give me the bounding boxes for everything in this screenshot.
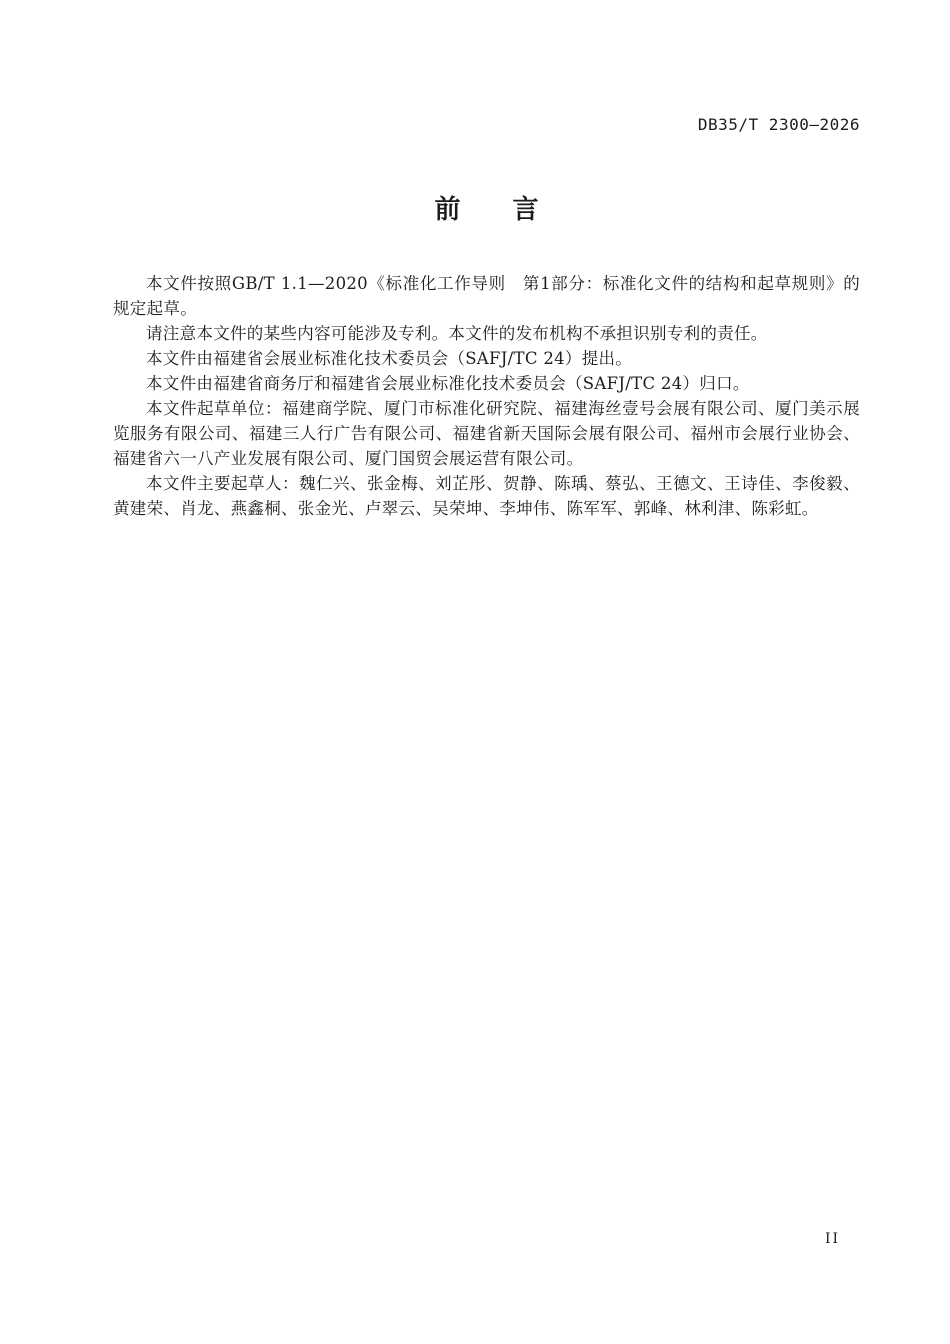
paragraph-patent-notice: 请注意本文件的某些内容可能涉及专利。本文件的发布机构不承担识别专利的责任。 <box>113 321 860 346</box>
paragraph-under-jurisdiction: 本文件由福建省商务厅和福建省会展业标准化技术委员会（SAFJ/TC 24）归口。 <box>113 371 860 396</box>
paragraph-chief-drafters: 本文件主要起草人：魏仁兴、张金梅、刘芷彤、贺静、陈瑀、蔡弘、王德文、王诗佳、李俊… <box>113 471 860 521</box>
paragraph-drafting-rules: 本文件按照GB/T 1.1—2020《标准化工作导则 第1部分：标准化文件的结构… <box>113 271 860 321</box>
document-page: DB35/T 2300—2026 前 言 本文件按照GB/T 1.1—2020《… <box>0 0 950 1344</box>
paragraph-proposed-by: 本文件由福建省会展业标准化技术委员会（SAFJ/TC 24）提出。 <box>113 346 860 371</box>
standard-code: DB35/T 2300—2026 <box>113 115 860 134</box>
page-title: 前 言 <box>113 194 860 226</box>
page-number: II <box>113 1231 840 1247</box>
foreword-body: 本文件按照GB/T 1.1—2020《标准化工作导则 第1部分：标准化文件的结构… <box>113 271 860 521</box>
paragraph-drafting-organizations: 本文件起草单位：福建商学院、厦门市标准化研究院、福建海丝壹号会展有限公司、厦门美… <box>113 396 860 471</box>
